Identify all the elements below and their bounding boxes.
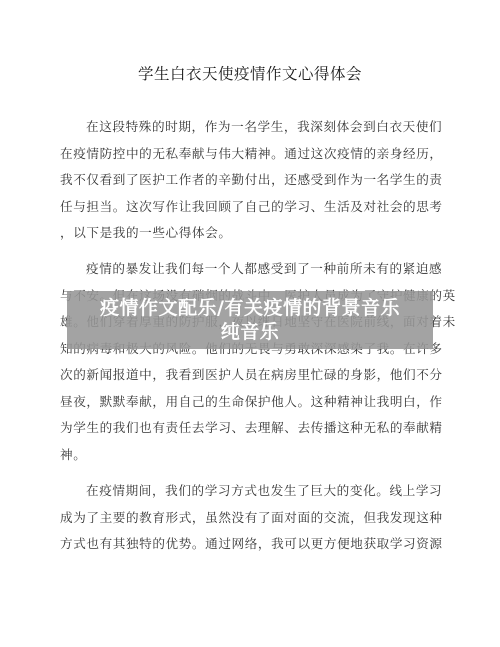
paragraph-line: 在这段特殊的时期，作为一名学生，我深刻体会到白衣天使们	[60, 114, 446, 141]
paragraph-line: 为学生的我们也有责任去学习、去理解、去传播这种无私的奉献精	[60, 415, 446, 442]
paragraph-line: 次的新闻报道中，我看到医护人员在病房里忙碌的身影，他们不分	[60, 362, 446, 389]
paragraph-line: 在疫情期间，我们的学习方式也发生了巨大的变化。线上学习	[60, 478, 446, 505]
paragraph-line: 任与担当。这次写作让我回顾了自己的学习、生活及对社会的思考	[60, 194, 446, 221]
paragraph-line: 方式也有其独特的优势。通过网络，我可以更方便地获取学习资源	[60, 531, 446, 558]
paragraph-1: 在这段特殊的时期，作为一名学生，我深刻体会到白衣天使们 在疫情防控中的无私奉献与…	[60, 114, 446, 247]
overlay-title-line-1: 疫情作文配乐/有关疫情的背景音乐	[100, 296, 400, 320]
document-title: 学生白衣天使疫情作文心得体会	[0, 62, 500, 84]
paragraph-2: 疫情的暴发让我们每一个人都感受到了一种前所未有的紧迫感 与不安。但在这场没有硝烟…	[60, 256, 446, 468]
paragraph-line: 成为了主要的教育形式，虽然没有了面对面的交流，但我发现这种	[60, 505, 446, 532]
paragraph-line: 疫情的暴发让我们每一个人都感受到了一种前所未有的紧迫感	[60, 256, 446, 283]
overlay-title-line-2: 纯音乐	[221, 320, 280, 344]
paragraph-line: ，以下是我的一些心得体会。	[60, 220, 446, 247]
paragraph-3: 在疫情期间，我们的学习方式也发生了巨大的变化。线上学习 成为了主要的教育形式，虽…	[60, 478, 446, 558]
overlay-title-banner: 疫情作文配乐/有关疫情的背景音乐 纯音乐	[67, 291, 433, 349]
paragraph-line: 在疫情防控中的无私奉献与伟大精神。通过这次疫情的亲身经历，	[60, 141, 446, 168]
paragraph-line: 昼夜，默默奉献，用自己的生命保护他人。这种精神让我明白，作	[60, 389, 446, 416]
document-page: 学生白衣天使疫情作文心得体会 在这段特殊的时期，作为一名学生，我深刻体会到白衣天…	[0, 0, 500, 647]
paragraph-line: 我不仅看到了医护工作者的辛勤付出，还感受到作为一名学生的责	[60, 167, 446, 194]
paragraph-line: 神。	[60, 442, 446, 469]
